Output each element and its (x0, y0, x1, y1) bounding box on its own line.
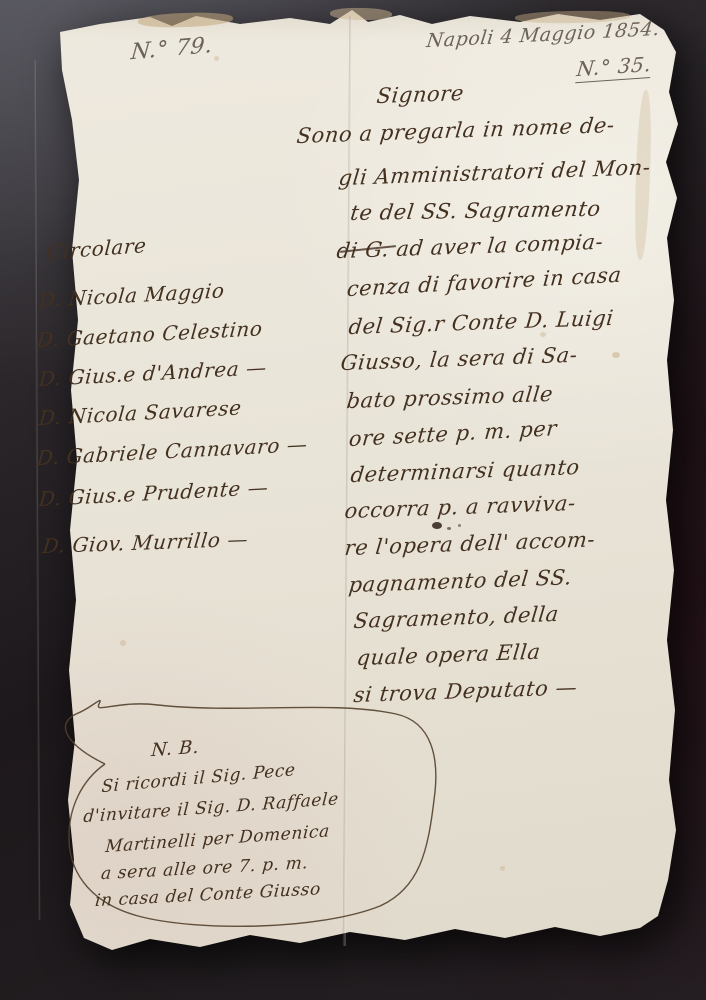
ink-blot (447, 527, 451, 530)
salutation: Signore (375, 81, 465, 108)
nb-heading: N. B. (151, 737, 200, 762)
letter-line: te del SS. Sagramento (349, 197, 602, 225)
photograph-of-letter: N.° 79. Napoli 4 Maggio 1854. N.° 35. Si… (0, 0, 706, 1000)
ink-blot (458, 524, 461, 527)
ink-blot (432, 522, 442, 529)
protocol-number: N.° 35. (575, 52, 653, 83)
